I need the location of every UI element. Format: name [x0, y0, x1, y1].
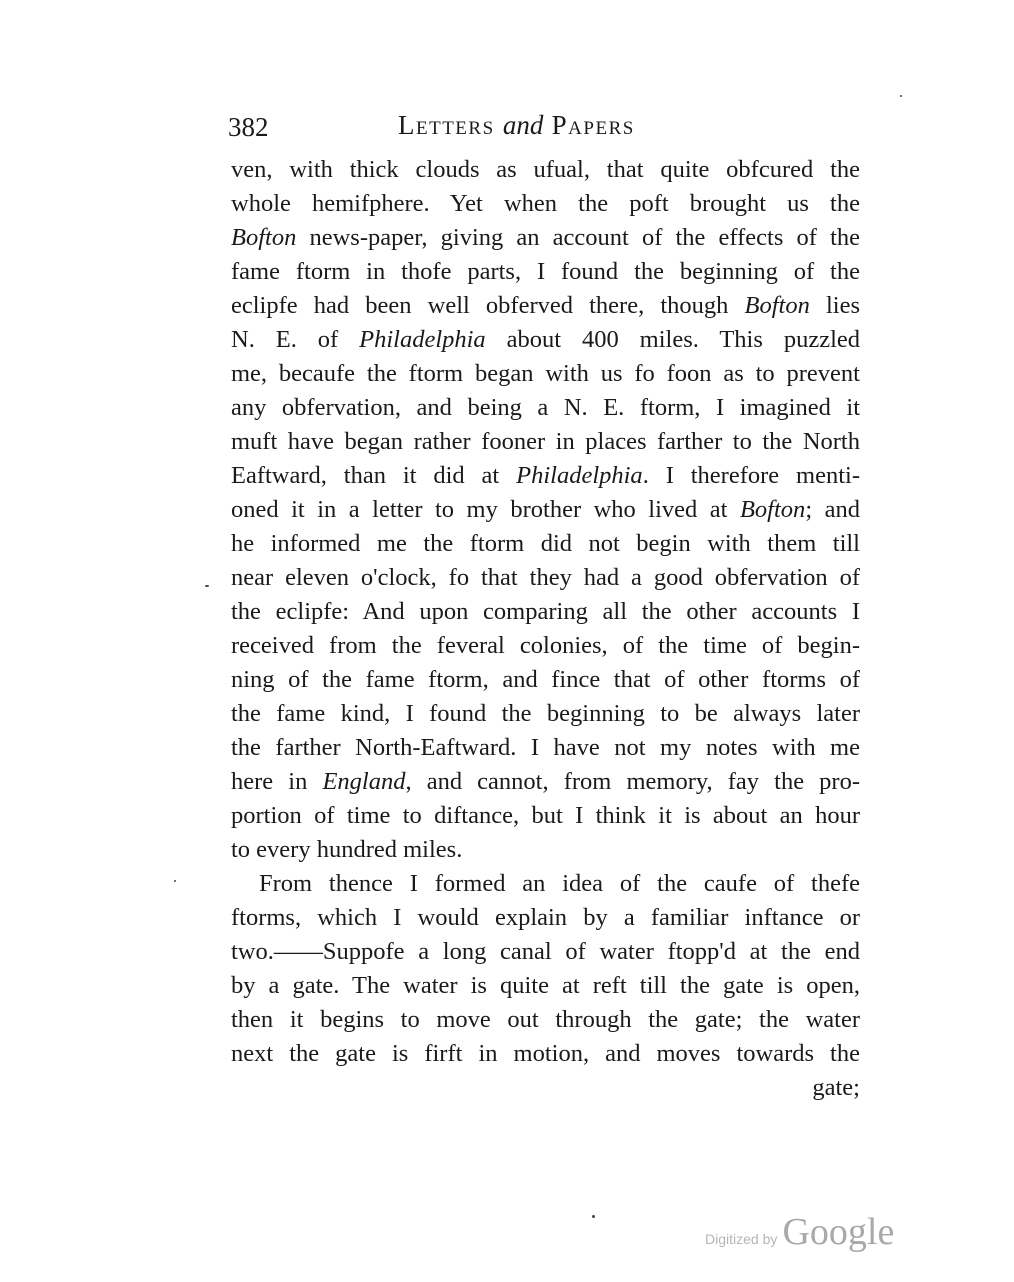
scan-speck [174, 880, 176, 882]
italic-proper-noun: Philadelphia [359, 326, 486, 353]
text-line: Eaftward, than it did at Philadelphia. I… [231, 459, 860, 493]
text-line: then it begins to move out through the g… [231, 1003, 860, 1037]
text-line: received from the feveral colonies, of t… [231, 629, 860, 663]
text-line: two.——Suppofe a long canal of water ftop… [231, 935, 860, 969]
running-header: 382 Letters and Papers [228, 108, 868, 144]
text-line: Bofton news-paper, giving an account of … [231, 221, 860, 255]
scan-speck [900, 95, 902, 97]
text-line: ning of the fame ftorm, and fince that o… [231, 663, 860, 697]
title-and: and [503, 110, 544, 140]
italic-proper-noun: Bofton [231, 224, 296, 251]
text-line: the eclipfe: And upon comparing all the … [231, 595, 860, 629]
text-line: N. E. of Philadelphia about 400 miles. T… [231, 323, 860, 357]
title-papers: Papers [552, 110, 635, 140]
text-line: oned it in a letter to my brother who li… [231, 493, 860, 527]
title-letters: Letters [398, 110, 495, 140]
italic-proper-noun: England [322, 768, 405, 795]
text-line: portion of time to diftance, but I think… [231, 799, 860, 833]
text-line: whole hemifphere. Yet when the poft brou… [231, 187, 860, 221]
italic-proper-noun: Philadelphia [516, 462, 643, 489]
text-line: next the gate is firft in motion, and mo… [231, 1037, 860, 1071]
text-line: near eleven o'clock, fo that they had a … [231, 561, 860, 595]
watermark-brand: Google [782, 1211, 894, 1253]
text-line: any obfervation, and being a N. E. ftorm… [231, 391, 860, 425]
scan-speck [592, 1215, 595, 1218]
italic-proper-noun: Bofton [740, 496, 805, 523]
text-line: here in England, and cannot, from memory… [231, 765, 860, 799]
text-line: the fame kind, I found the beginning to … [231, 697, 860, 731]
body-text: ven, with thick clouds as ufual, that qu… [231, 153, 860, 1105]
text-line: he informed me the ftorm did not begin w… [231, 527, 860, 561]
scan-speck [205, 585, 209, 587]
text-line: From thence I formed an idea of the cauf… [231, 867, 860, 901]
watermark-prefix: Digitized by [705, 1231, 777, 1247]
running-title: Letters and Papers [398, 110, 635, 141]
text-line: me, becaufe the ftorm began with us fo f… [231, 357, 860, 391]
text-line: fame ftorm in thofe parts, I found the b… [231, 255, 860, 289]
book-page: 382 Letters and Papers ven, with thick c… [0, 0, 1014, 1282]
google-watermark: Digitized by Google [705, 1210, 894, 1254]
page-number: 382 [228, 112, 269, 143]
text-line: ven, with thick clouds as ufual, that qu… [231, 153, 860, 187]
text-line: eclipfe had been well obferved there, th… [231, 289, 860, 323]
text-line: by a gate. The water is quite at reft ti… [231, 969, 860, 1003]
text-line: muft have began rather fooner in places … [231, 425, 860, 459]
text-line: ftorms, which I would explain by a famil… [231, 901, 860, 935]
text-line: to every hundred miles. [231, 833, 860, 867]
italic-proper-noun: Bofton [745, 292, 810, 319]
text-line: the farther North-Eaftward. I have not m… [231, 731, 860, 765]
catchword: gate; [231, 1071, 860, 1105]
